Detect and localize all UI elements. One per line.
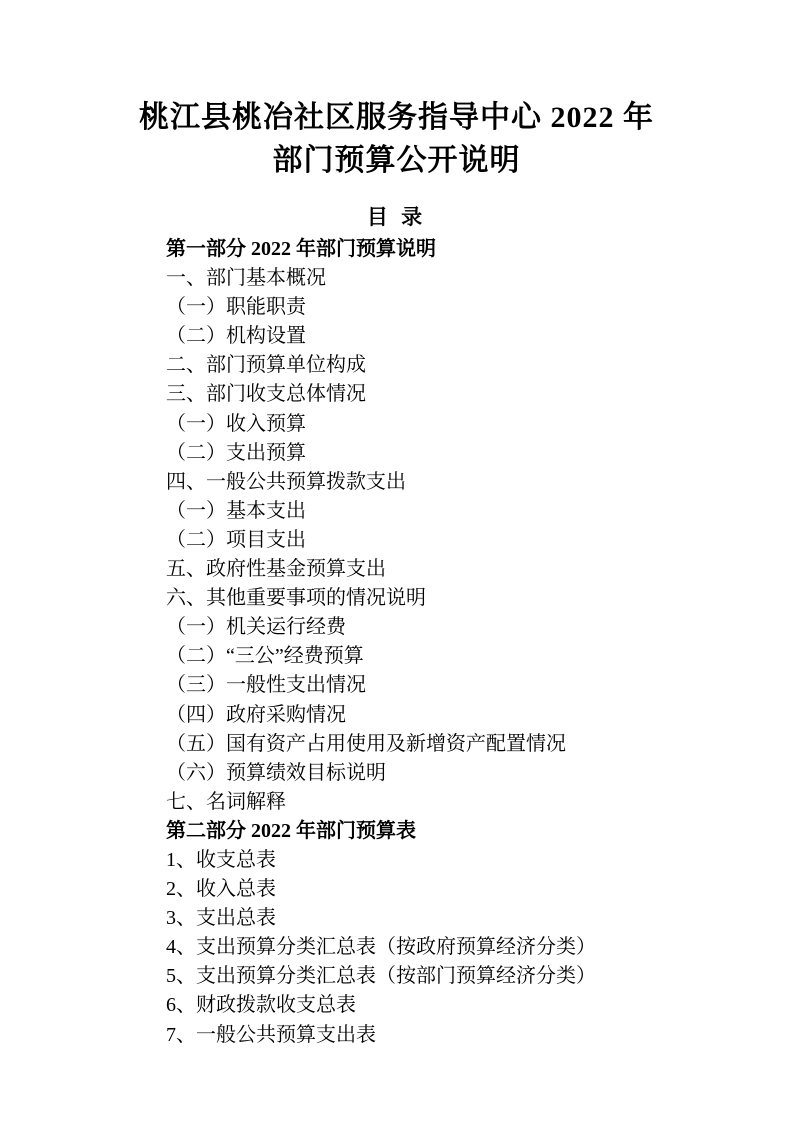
- document-title-line2: 部门预算公开说明: [0, 139, 793, 182]
- toc-item-part1-7: （二）支出预算: [166, 439, 753, 468]
- toc-item-part1-9: （一）基本支出: [166, 497, 753, 526]
- toc-item-part2-7: 7、一般公共预算支出表: [166, 1021, 753, 1050]
- toc-item-part1-5: 三、部门收支总体情况: [166, 380, 753, 409]
- toc-item-part1-18: （六）预算绩效目标说明: [166, 759, 753, 788]
- toc-item-part1-13: （一）机关运行经费: [166, 613, 753, 642]
- toc-heading: 目 录: [0, 203, 793, 232]
- document-page: 桃江县桃冶社区服务指导中心 2022 年 部门预算公开说明 目 录 第一部分 2…: [0, 0, 793, 1122]
- document-title-line1: 桃江县桃冶社区服务指导中心 2022 年: [0, 96, 793, 139]
- toc-item-part1-15: （三）一般性支出情况: [166, 671, 753, 700]
- toc-item-part1-3: （二）机构设置: [166, 322, 753, 351]
- toc-item-part2-5: 5、支出预算分类汇总表（按部门预算经济分类）: [166, 962, 753, 991]
- toc-item-part1-14: （二）“三公”经费预算: [166, 642, 753, 671]
- toc-item-part1-19: 七、名词解释: [166, 788, 753, 817]
- toc-item-part1-4: 二、部门预算单位构成: [166, 351, 753, 380]
- toc-item-part2-3: 3、支出总表: [166, 904, 753, 933]
- toc-part2-heading: 第二部分 2022 年部门预算表: [166, 817, 753, 846]
- toc-item-part2-4: 4、支出预算分类汇总表（按政府预算经济分类）: [166, 933, 753, 962]
- toc-item-part2-6: 6、财政拨款收支总表: [166, 991, 753, 1020]
- toc-part1-heading: 第一部分 2022 年部门预算说明: [166, 235, 753, 264]
- toc-item-part1-17: （五）国有资产占用使用及新增资产配置情况: [166, 730, 753, 759]
- toc-item-part1-10: （二）项目支出: [166, 526, 753, 555]
- toc-item-part1-6: （一）收入预算: [166, 410, 753, 439]
- toc-item-part1-12: 六、其他重要事项的情况说明: [166, 584, 753, 613]
- table-of-contents: 第一部分 2022 年部门预算说明 一、部门基本概况 （一）职能职责 （二）机构…: [166, 235, 753, 1050]
- toc-item-part1-1: 一、部门基本概况: [166, 264, 753, 293]
- toc-item-part2-1: 1、收支总表: [166, 846, 753, 875]
- toc-item-part1-2: （一）职能职责: [166, 293, 753, 322]
- toc-item-part1-16: （四）政府采购情况: [166, 701, 753, 730]
- document-title: 桃江县桃冶社区服务指导中心 2022 年 部门预算公开说明: [0, 96, 793, 182]
- toc-item-part2-2: 2、收入总表: [166, 875, 753, 904]
- toc-item-part1-8: 四、一般公共预算拨款支出: [166, 468, 753, 497]
- toc-item-part1-11: 五、政府性基金预算支出: [166, 555, 753, 584]
